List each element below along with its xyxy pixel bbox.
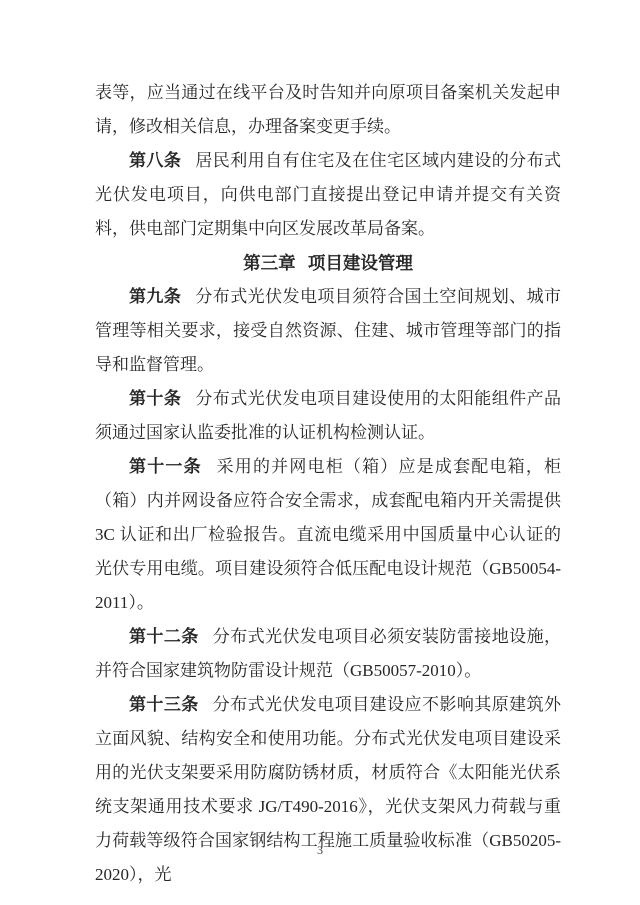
article-8-number: 第八条 <box>129 151 181 170</box>
page-number: 3 <box>0 843 640 857</box>
chapter-3-label: 第三章 <box>243 253 296 273</box>
paragraph-article-13: 第十三条 分布式光伏发电项目建设应不影响其原建筑外立面风貌、结构安全和使用功能。… <box>95 688 561 892</box>
chapter-3-title: 项目建设管理 <box>308 253 413 273</box>
paragraph-article-9: 第九条 分布式光伏发电项目须符合国土空间规划、城市管理等相关要求，接受自然资源、… <box>95 280 561 382</box>
paragraph-article-11: 第十一条 采用的并网电柜（箱）应是成套配电箱，柜（箱）内并网设备应符合安全需求，… <box>95 450 561 620</box>
paragraph-article-12: 第十二条 分布式光伏发电项目必须安装防雷接地设施，并符合国家建筑物防雷设计规范（… <box>95 620 561 688</box>
article-9-number: 第九条 <box>129 287 181 306</box>
article-13-number: 第十三条 <box>129 695 199 714</box>
paragraph-article-8: 第八条 居民利用自有住宅及在住宅区域内建设的分布式光伏发电项目，向供电部门直接提… <box>95 144 561 246</box>
article-11-number: 第十一条 <box>129 457 202 476</box>
paragraph-continuation: 表等，应当通过在线平台及时告知并向原项目备案机关发起申请，修改相关信息，办理备案… <box>95 76 561 144</box>
chapter-3-heading: 第三章 项目建设管理 <box>95 246 561 280</box>
document-page: 表等，应当通过在线平台及时告知并向原项目备案机关发起申请，修改相关信息，办理备案… <box>0 0 640 905</box>
paragraph-article-10: 第十条 分布式光伏发电项目建设使用的太阳能组件产品须通过国家认监委批准的认证机构… <box>95 382 561 450</box>
article-11-text: 采用的并网电柜（箱）应是成套配电箱，柜（箱）内并网设备应符合安全需求，成套配电箱… <box>95 457 561 612</box>
article-12-number: 第十二条 <box>129 627 199 646</box>
paragraph-text: 表等，应当通过在线平台及时告知并向原项目备案机关发起申请，修改相关信息，办理备案… <box>95 83 561 136</box>
article-10-number: 第十条 <box>129 389 181 408</box>
